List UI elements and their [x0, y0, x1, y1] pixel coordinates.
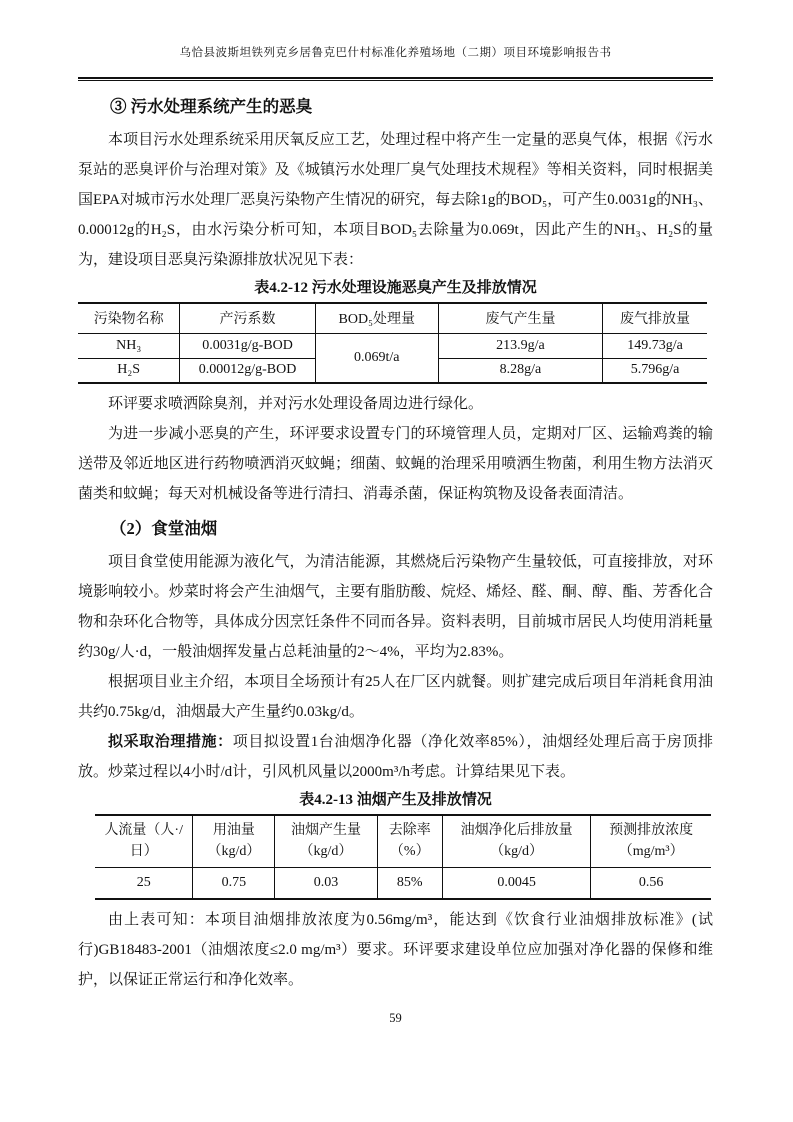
cell-produced-h2s: 8.28g/a [438, 358, 602, 383]
paragraph-canteen-measures: 拟采取治理措施：项目拟设置1台油烟净化器（净化效率85%），油烟经处理后高于房顶… [78, 727, 713, 787]
page-number: 59 [78, 1011, 713, 1026]
cell-pollutant-h2s: H₂S [78, 358, 180, 383]
cell-fume-produced: 0.03 [275, 867, 377, 899]
cell-coefficient-nh3: 0.0031g/g-BOD [180, 333, 315, 358]
column-header-people-flow: 人流量（人·/ 日） [95, 815, 193, 867]
cell-produced-nh3: 213.9g/a [438, 333, 602, 358]
table-header-row: 污染物名称 产污系数 BOD₅处理量 废气产生量 废气排放量 [78, 303, 707, 333]
cell-removal-rate: 85% [377, 867, 442, 899]
column-header-pollutant: 污染物名称 [78, 303, 180, 333]
paragraph-odor-intro: 本项目污水处理系统采用厌氧反应工艺，处理过程中将产生一定量的恶臭气体，根据《污水… [78, 125, 713, 275]
column-header-predicted-concentration: 预测排放浓度 （mg/m³） [591, 815, 711, 867]
table-data-row: 25 0.75 0.03 85% 0.0045 0.56 [95, 867, 711, 899]
paragraph-odor-management: 为进一步减小恶臭的产生，环评要求设置专门的环境管理人员，定期对厂区、运输鸡粪的输… [78, 419, 713, 509]
column-header-oil-used: 用油量 （kg/d） [193, 815, 275, 867]
column-header-fume-produced: 油烟产生量 （kg/d） [275, 815, 377, 867]
cell-coefficient-h2s: 0.00012g/g-BOD [180, 358, 315, 383]
section-heading-canteen-fume: （2）食堂油烟 [78, 515, 713, 539]
header-rule-divider [78, 77, 713, 81]
cell-fume-after-purify: 0.0045 [442, 867, 590, 899]
column-header-fume-after-purify: 油烟净化后排放量 （kg/d） [442, 815, 590, 867]
document-page: 乌恰县波斯坦铁列克乡居鲁克巴什村标准化养殖场地（二期）项目环境影响报告书 ③ 污… [0, 0, 793, 1122]
column-header-coefficient: 产污系数 [180, 303, 315, 333]
paragraph-canteen-diners: 根据项目业主介绍，本项目全场预计有25人在厂区内就餐。则扩建完成后项目年消耗食用… [78, 667, 713, 727]
column-header-bod-treated: BOD₅处理量 [315, 303, 438, 333]
report-title: 乌恰县波斯坦铁列克乡居鲁克巴什村标准化养殖场地（二期）项目环境影响报告书 [180, 47, 612, 59]
table-header-row: 人流量（人·/ 日） 用油量 （kg/d） 油烟产生量 （kg/d） 去除率 （… [95, 815, 711, 867]
cell-oil-used: 0.75 [193, 867, 275, 899]
cell-emitted-h2s: 5.796g/a [603, 358, 707, 383]
page-header: 乌恰县波斯坦铁列克乡居鲁克巴什村标准化养殖场地（二期）项目环境影响报告书 [78, 44, 713, 60]
column-header-removal-rate: 去除率 （%） [377, 815, 442, 867]
cell-people-flow: 25 [95, 867, 193, 899]
table-odor-emissions: 污染物名称 产污系数 BOD₅处理量 废气产生量 废气排放量 NH₃ 0.003… [78, 302, 707, 384]
paragraph-fume-conclusion: 由上表可知：本项目油烟排放浓度为0.56mg/m³，能达到《饮食行业油烟排放标准… [78, 905, 713, 995]
table-fume-emissions: 人流量（人·/ 日） 用油量 （kg/d） 油烟产生量 （kg/d） 去除率 （… [95, 814, 711, 900]
paragraph-canteen-intro: 项目食堂使用能源为液化气，为清洁能源，其燃烧后污染物产生量较低，可直接排放，对环… [78, 547, 713, 667]
measures-lead-label: 拟采取治理措施： [108, 734, 233, 750]
cell-predicted-concentration: 0.56 [591, 867, 711, 899]
cell-bod-treated-merged: 0.069t/a [315, 333, 438, 383]
column-header-gas-produced: 废气产生量 [438, 303, 602, 333]
table-row-nh3: NH₃ 0.0031g/g-BOD 0.069t/a 213.9g/a 149.… [78, 333, 707, 358]
table-caption-odor: 表4.2-12 污水处理设施恶臭产生及排放情况 [78, 278, 713, 299]
cell-pollutant-nh3: NH₃ [78, 333, 180, 358]
cell-emitted-nh3: 149.73g/a [603, 333, 707, 358]
table-caption-fume: 表4.2-13 油烟产生及排放情况 [78, 790, 713, 811]
paragraph-deodorant-note: 环评要求喷洒除臭剂，并对污水处理设备周边进行绿化。 [78, 389, 713, 419]
section-heading-sewage-odor: ③ 污水处理系统产生的恶臭 [78, 93, 713, 117]
column-header-gas-emitted: 废气排放量 [603, 303, 707, 333]
